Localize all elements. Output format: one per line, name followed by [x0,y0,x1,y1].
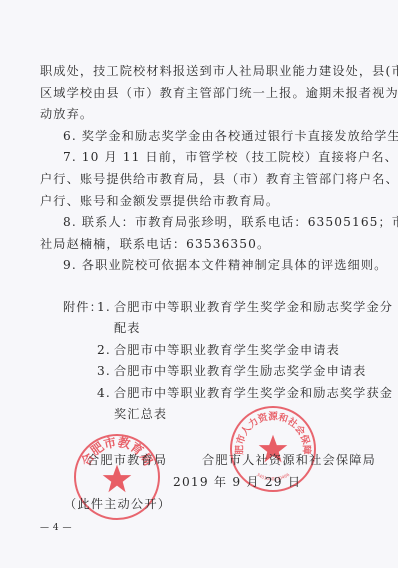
paragraph-5-line-2: 区域学校由县（市）教育主管部门统一上报。逾期未报者视为自 [40,86,398,100]
paragraph-7-line-2: 户行、账号提供给市教育局，县（市）教育主管部门将户名、开 [40,172,398,186]
paragraph-8-line-2: 社局赵楠楠，联系电话：63536350。 [40,237,270,251]
svg-text:合肥市人力资源和社会保障局: 合肥市人力资源和社会保障局 [227,399,312,455]
document-page: 职成处，技工院校材料报送到市人社局职业能力建设处，县(市) 区域学校由县（市）教… [0,0,398,568]
attachment-2-number: 2. [97,343,111,357]
attachment-4-title-line-2: 奖汇总表 [114,407,167,421]
paragraph-7-line-1: 7. 10 月 11 日前，市管学校（技工院校）直接将户名、开 [63,150,398,164]
attachment-2-title: 合肥市中等职业教育学生奖学金申请表 [114,343,340,357]
attachment-4-number: 4. [97,386,111,400]
paragraph-5-line-3: 动放弃。 [40,107,93,121]
attachment-1-title-line-1: 合肥市中等职业教育学生奖学金和励志奖学金分 [114,300,393,314]
paragraph-9: 9. 各职业院校可依据本文件精神制定具体的评选细则。 [63,258,387,272]
page-number: — 4 — [40,521,72,535]
paragraph-5-line-1: 职成处，技工院校材料报送到市人社局职业能力建设处，县(市) [40,64,398,78]
attachment-1-number: 1. [97,300,111,314]
paragraph-6: 6. 奖学金和励志奖学金由各校通过银行卡直接发放给学生。 [63,129,398,143]
signature-left-education-bureau: 合肥市教育局 [87,453,167,467]
paragraph-8-line-1: 8. 联系人：市教育局张珍明，联系电话：63505165；市人 [63,215,398,229]
attachment-1-title-line-2: 配表 [114,321,141,335]
paragraph-7-line-3: 户行、账号和金额发票提供给市教育局。 [40,194,279,208]
signature-right-hrss-bureau: 合肥市人社资源和社会保障局 [202,453,376,467]
attachment-3-number: 3. [97,364,111,378]
disclosure-note: （此件主动公开） [64,497,171,511]
attachment-4-title-line-1: 合肥市中等职业教育学生奖学金和励志奖学获金 [114,386,393,400]
attachment-3-title: 合肥市中等职业教育学生励志奖学金申请表 [114,364,366,378]
signature-date: 2019 年 9 月 29 日 [173,475,301,489]
